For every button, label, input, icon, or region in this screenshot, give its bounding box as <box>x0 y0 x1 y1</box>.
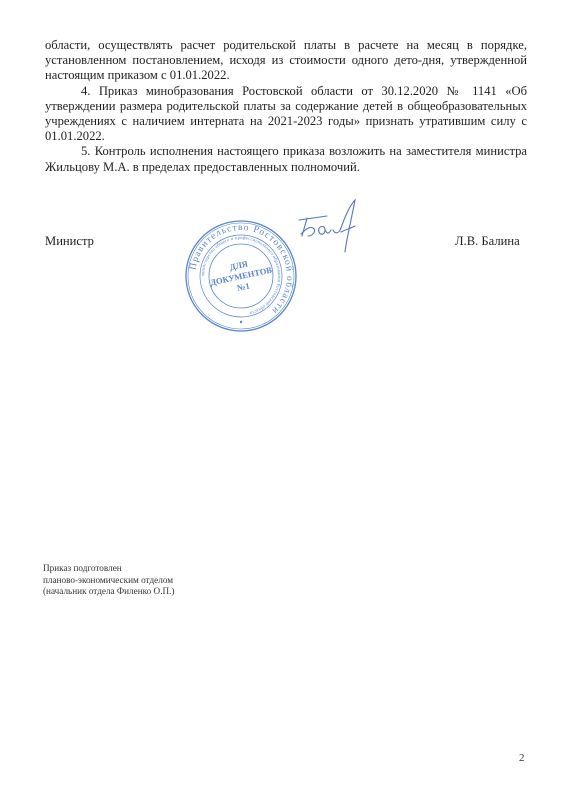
paragraph-item-4: 4. Приказ минобразования Ростовской обла… <box>45 84 527 145</box>
document-body: области, осуществлять расчет родительско… <box>45 38 527 175</box>
paragraph-continuation: области, осуществлять расчет родительско… <box>45 38 527 84</box>
prepared-by-note: Приказ подготовлен планово-экономическим… <box>43 563 174 598</box>
prepared-line-3: (начальник отдела Филенко О.П.) <box>43 586 174 598</box>
prepared-line-1: Приказ подготовлен <box>43 563 174 575</box>
official-stamp-icon: Правительство Ростовской области министе… <box>183 218 299 334</box>
stamp-center-line-3: №1 <box>236 281 251 293</box>
signatory-position: Министр <box>45 234 94 249</box>
document-page: области, осуществлять расчет родительско… <box>0 0 564 800</box>
page-number: 2 <box>519 752 525 764</box>
handwritten-signature-icon <box>293 196 373 260</box>
paragraph-item-5: 5. Контроль исполнения настоящего приказ… <box>45 144 527 174</box>
signatory-name: Л.В. Балина <box>455 234 520 249</box>
prepared-line-2: планово-экономическим отделом <box>43 575 174 587</box>
